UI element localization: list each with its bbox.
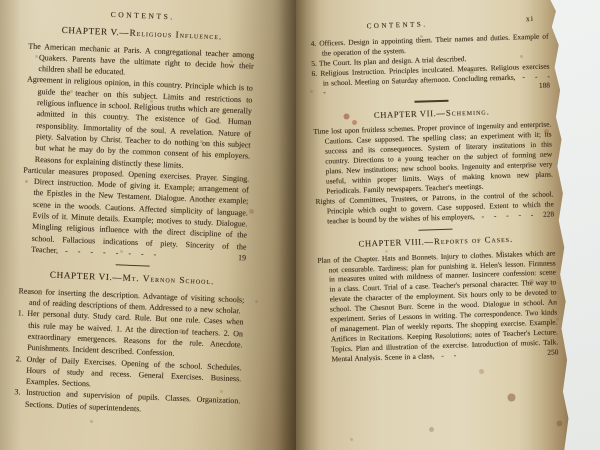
left-page-text: CONTENTS. CHAPTER V.—Religious Influence… — [14, 6, 256, 419]
dot-leader: - - — [441, 350, 456, 359]
page-number: 19 — [238, 252, 246, 264]
chapter-number: CHAPTER VIII. — [358, 236, 424, 248]
book-photo: CONTENTS. CHAPTER V.—Religious Influence… — [0, 0, 600, 450]
page-number: 228 — [543, 209, 554, 219]
chapter-number: CHAPTER VI. — [50, 270, 113, 283]
dot-leader: - - - - - — [481, 210, 533, 221]
toc-entry: Particular measures proposed. Opening ex… — [20, 164, 249, 263]
chapter-title: —Reports of Cases. — [424, 233, 513, 246]
toc-entry-text: Agreement in religious opinion, in this … — [27, 75, 253, 169]
section-divider — [418, 228, 452, 230]
chapter-heading: CHAPTER VIII.—Reports of Cases. — [317, 233, 555, 250]
dot-leader: - - - - - - - - — [65, 246, 157, 259]
section-divider — [116, 264, 150, 267]
toc-entry-text: Rights of Committees, Trustees, or Patro… — [315, 189, 553, 225]
section-divider — [414, 100, 448, 102]
chapter-number: CHAPTER VII. — [374, 108, 437, 120]
right-page-text: xi CONTENTS. 4. Officers. Design in appo… — [310, 17, 559, 365]
chapter-title: —Mt. Vernon School. — [112, 273, 214, 287]
toc-entry-text: The American mechanic at Paris. A congre… — [28, 41, 254, 76]
chapter-number: CHAPTER V. — [61, 25, 119, 37]
page-number: 188 — [539, 81, 550, 91]
page-number: 250 — [547, 347, 558, 357]
chapter-title: —Scheming. — [436, 106, 490, 118]
chapter-title: —Religious Influence. — [119, 28, 222, 42]
toc-entry-text: Particular measures proposed. Opening ex… — [23, 165, 249, 255]
toc-entry-text: 1. Her personal duty. Study card. Rule. … — [17, 309, 243, 358]
toc-entry: Rights of Committees, Trustees, or Patro… — [315, 189, 554, 226]
toc-entry: Agreement in religious opinion, in this … — [24, 74, 253, 173]
toc-entry: Time lost upon fruitless schemes. Proper… — [313, 120, 553, 197]
toc-entry-text: Plan of the Chapter. Hats and Bonnets. I… — [317, 248, 558, 363]
page-folio: xi — [526, 14, 534, 24]
chapter-heading: CHAPTER VII.—Scheming. — [313, 105, 551, 122]
toc-entry: 6. Religious Instruction. Principles inc… — [311, 61, 550, 98]
toc-entry-text: Time lost upon fruitless schemes. Proper… — [313, 120, 553, 196]
toc-entry: Plan of the Chapter. Hats and Bonnets. I… — [317, 248, 558, 364]
